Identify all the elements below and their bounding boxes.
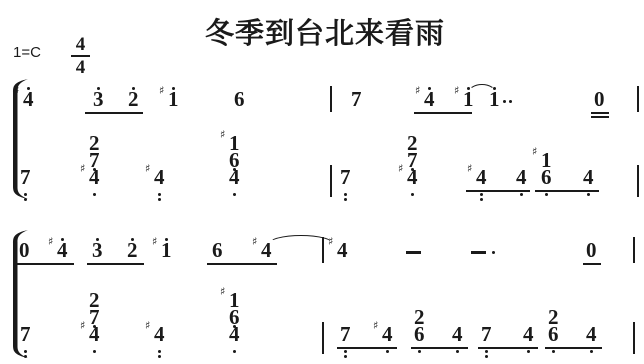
duration-dot: [492, 251, 495, 254]
beam-underline: [207, 263, 277, 265]
note-number: 4: [452, 324, 463, 345]
note-number: 7: [20, 324, 31, 345]
octave-dot: [165, 238, 168, 241]
note-number: 0: [19, 240, 30, 261]
octave-dot: [527, 350, 530, 353]
note-number: 4: [337, 240, 348, 261]
note-number: 2: [127, 240, 138, 261]
note-number: 3: [92, 240, 103, 261]
beam-underline: [545, 347, 602, 349]
dash-extension: [406, 251, 421, 254]
beam-underline: [337, 347, 397, 349]
sharp-icon: ♯: [328, 236, 333, 247]
octave-dot: [24, 350, 27, 353]
barline: [322, 237, 324, 263]
note-number: 4: [586, 324, 597, 345]
octave-dot: [344, 355, 347, 358]
note-number: 4: [229, 324, 240, 345]
sharp-icon: ♯: [252, 236, 257, 247]
system-2: 04♯321♯64♯4♯07274♯4♯1♯6474♯26474264: [0, 0, 644, 364]
octave-dot: [485, 350, 488, 353]
sharp-icon: ♯: [48, 236, 53, 247]
octave-dot: [24, 355, 27, 358]
octave-dot: [344, 350, 347, 353]
octave-dot: [233, 350, 236, 353]
note-number: 1: [161, 240, 172, 261]
octave-dot: [158, 350, 161, 353]
dash-extension: [471, 251, 486, 254]
octave-dot: [456, 350, 459, 353]
octave-dot: [485, 355, 488, 358]
tie-arc: [268, 235, 334, 244]
sharp-icon: ♯: [80, 320, 85, 331]
note-number: 4: [382, 324, 393, 345]
octave-dot: [96, 238, 99, 241]
sharp-icon: ♯: [220, 286, 225, 297]
beam-underline: [411, 347, 468, 349]
sharp-icon: ♯: [145, 320, 150, 331]
note-number: 6: [212, 240, 223, 261]
octave-dot: [590, 350, 593, 353]
octave-dot: [386, 350, 389, 353]
score-body: 4♯321♯674♯1♯107274♯4♯1♯647274♯4♯41♯6404♯…: [0, 0, 644, 364]
note-number: 7: [481, 324, 492, 345]
note-number: 4: [154, 324, 165, 345]
note-number: 4: [57, 240, 68, 261]
octave-dot: [158, 355, 161, 358]
note-number: 4: [89, 324, 100, 345]
octave-dot: [552, 350, 555, 353]
note-number: 6: [414, 324, 425, 345]
beam-underline: [478, 347, 538, 349]
barline: [633, 237, 635, 263]
note-number: 7: [340, 324, 351, 345]
octave-dot: [418, 350, 421, 353]
note-number: 6: [548, 324, 559, 345]
octave-dot: [93, 350, 96, 353]
barline: [633, 322, 635, 354]
barline: [322, 322, 324, 354]
beam-underline: [16, 263, 74, 265]
note-number: 4: [523, 324, 534, 345]
note-number: 0: [586, 240, 597, 261]
octave-dot: [61, 238, 64, 241]
octave-dot: [131, 238, 134, 241]
score-canvas: 冬季到台北来看雨 1=C 4 4 4♯321♯674♯1♯107274♯4♯1♯…: [0, 0, 644, 364]
sharp-icon: ♯: [373, 320, 378, 331]
sharp-icon: ♯: [152, 236, 157, 247]
beam-underline: [87, 263, 144, 265]
beam-underline: [583, 263, 601, 265]
